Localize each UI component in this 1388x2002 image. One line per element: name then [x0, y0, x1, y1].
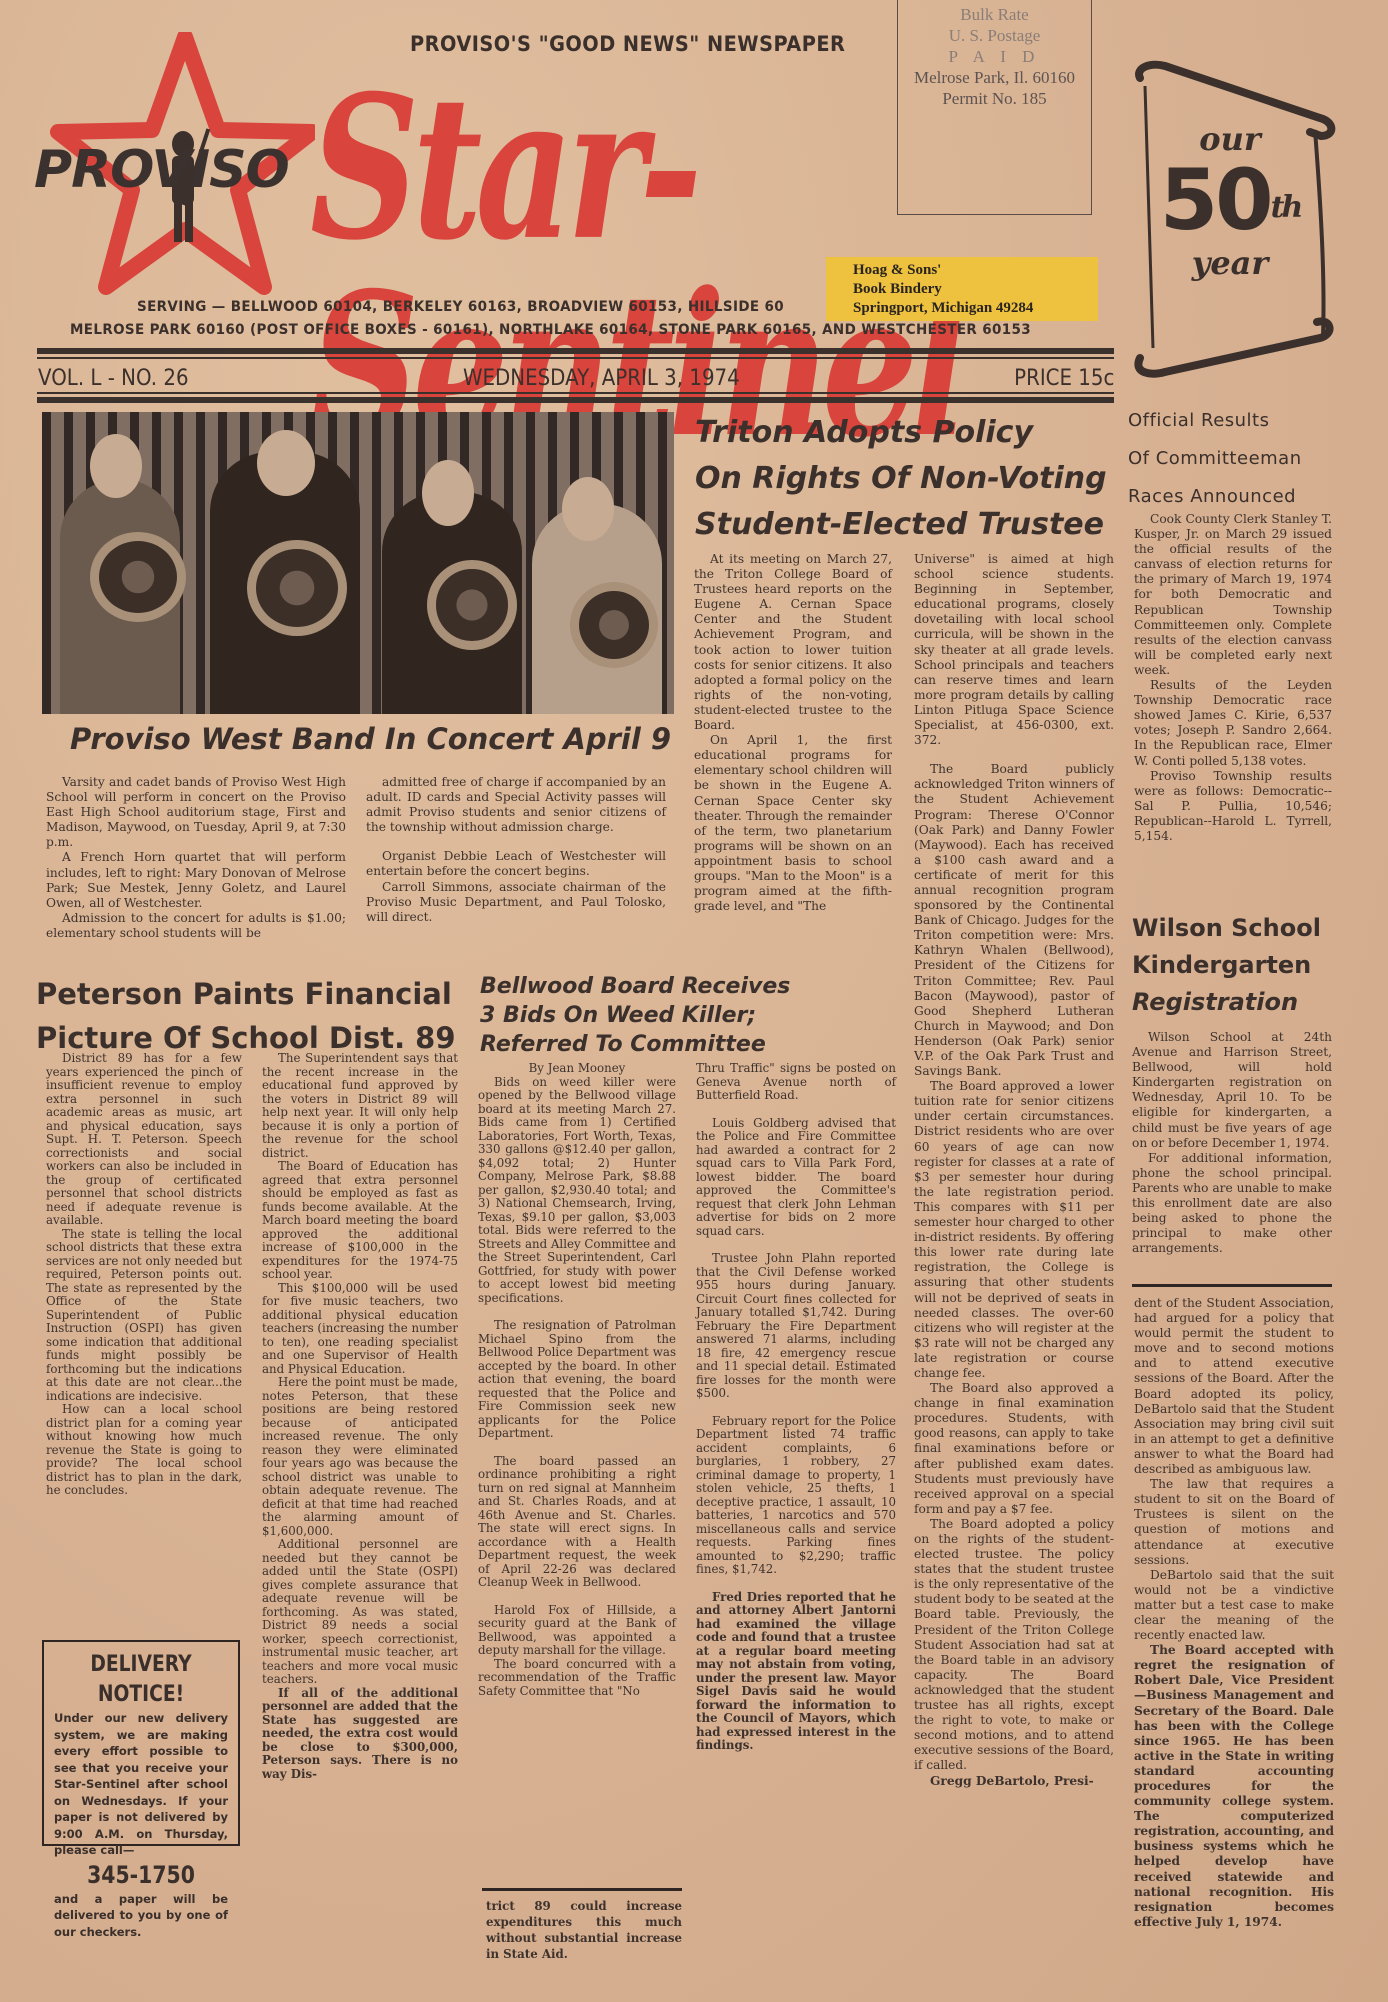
newspaper-title: Star-Sentinel — [310, 70, 1237, 464]
committeeman-article: Cook County Clerk Stanley T. Kusper, Jr.… — [1134, 512, 1332, 844]
section-divider — [482, 1888, 682, 1891]
masthead-rule — [37, 357, 1114, 359]
paragraph: February report for the Police Departmen… — [696, 1415, 896, 1577]
postage-line: Permit No. 185 — [898, 88, 1091, 109]
paragraph: At its meeting on March 27, the Triton C… — [694, 552, 892, 733]
paragraph: This $100,000 will be used for five musi… — [262, 1282, 458, 1377]
paragraph: The law that requires a student to sit o… — [1134, 1477, 1334, 1568]
bellwood-article-col2: Thru Traffic" signs be posted on Geneva … — [696, 1062, 896, 1753]
paragraph: The Board approved a lower tuition rate … — [914, 1079, 1114, 1381]
byline: By Jean Mooney — [478, 1062, 676, 1076]
paragraph: Universe" is aimed at high school scienc… — [914, 552, 1114, 748]
paragraph: For additional information, phone the sc… — [1132, 1151, 1332, 1257]
headline-wilson: Wilson School Kindergarten Registration — [1132, 910, 1321, 1021]
paragraph: Louis Goldberg advised that the Police a… — [696, 1117, 896, 1239]
postage-line: Bulk Rate — [898, 4, 1091, 25]
notice-heading: NOTICE! — [67, 1680, 215, 1710]
headline-line: Registration — [1132, 984, 1321, 1021]
paragraph: Thru Traffic" signs be posted on Geneva … — [696, 1062, 896, 1103]
volume-number: VOL. L - NO. 26 — [38, 366, 189, 391]
serving-line-1: SERVING — BELLWOOD 60104, BERKELEY 60163… — [137, 299, 784, 315]
paragraph: The resignation of Patrolman Michael Spi… — [478, 1319, 676, 1441]
paragraph: Wilson School at 24th Avenue and Harriso… — [1132, 1030, 1332, 1151]
paragraph: trict 89 could increase expenditures thi… — [486, 1898, 682, 1962]
triton-article-col1: At its meeting on March 27, the Triton C… — [694, 552, 892, 914]
headline-line: Wilson School — [1132, 910, 1321, 947]
paragraph: Organist Debbie Leach of Westchester wil… — [366, 849, 666, 879]
paragraph: How can a local school district plan for… — [46, 1403, 242, 1498]
postage-line: P A I D — [898, 46, 1091, 67]
issue-date: WEDNESDAY, APRIL 3, 1974 — [463, 366, 740, 391]
paragraph: Results of the Leyden Township Democrati… — [1134, 678, 1332, 769]
paragraph: The Board accepted with regret the resig… — [1134, 1643, 1334, 1930]
paragraph: dent of the Student Association, had arg… — [1134, 1296, 1334, 1477]
wilson-article: Wilson School at 24th Avenue and Harriso… — [1132, 1030, 1332, 1256]
paragraph: Harold Fox of Hillside, a security guard… — [478, 1604, 676, 1658]
band-article-col1: Varsity and cadet bands of Proviso West … — [46, 775, 346, 941]
issue-info-row: VOL. L - NO. 26 WEDNESDAY, APRIL 3, 1974… — [38, 366, 1114, 391]
paragraph: Trustee John Plahn reported that the Civ… — [696, 1252, 896, 1401]
bindery-label-line: Hoag & Sons' — [853, 261, 1098, 280]
postage-line: U. S. Postage — [898, 25, 1091, 46]
section-divider — [1132, 1284, 1332, 1287]
peterson-continuation: trict 89 could increase expenditures thi… — [486, 1898, 682, 1962]
headline-line: On Rights Of Non-Voting — [695, 456, 1107, 502]
paragraph: DeBartolo said that the suit would not b… — [1134, 1568, 1334, 1643]
proviso-logo-text: PROVISO — [34, 140, 289, 200]
masthead-rule — [37, 397, 1114, 403]
paragraph: On April 1, the first educational progra… — [694, 733, 892, 914]
paragraph: The Board adopted a policy on the rights… — [914, 1517, 1114, 1774]
paragraph: Fred Dries reported that he and attorney… — [696, 1591, 896, 1753]
headline-line: Official Results — [1128, 402, 1302, 440]
paragraph: The Board publicly acknowledged Triton w… — [914, 762, 1114, 1079]
notice-heading: DELIVERY — [67, 1650, 215, 1680]
paragraph: The board passed an ordinance prohibitin… — [478, 1455, 676, 1590]
anniversary-text: our 50th year — [1140, 120, 1320, 282]
headline-bellwood: Bellwood Board Receives 3 Bids On Weed K… — [480, 972, 790, 1059]
triton-article-col3: dent of the Student Association, had arg… — [1134, 1296, 1334, 1930]
headline-triton: Triton Adopts Policy On Rights Of Non-Vo… — [695, 410, 1107, 548]
headline-line: Bellwood Board Receives — [480, 972, 790, 1001]
paragraph: Bids on weed killer were opened by the B… — [478, 1076, 676, 1306]
paragraph: If all of the additional personnel are a… — [262, 1687, 458, 1782]
postage-line: Melrose Park, Il. 60160 — [898, 67, 1091, 88]
bellwood-article-col1: By Jean Mooney Bids on weed killer were … — [478, 1062, 676, 1698]
anniversary-number-value: 50 — [1160, 151, 1271, 249]
headline-line: Of Committeeman — [1128, 440, 1302, 478]
headline-line: Student-Elected Trustee — [695, 502, 1107, 548]
notice-phone-number: 345-1750 — [67, 1859, 215, 1891]
french-horn-quartet-photo — [42, 412, 674, 714]
headline-line: 3 Bids On Weed Killer; — [480, 1001, 790, 1030]
headline-line: Triton Adopts Policy — [695, 410, 1107, 456]
paragraph: Additional personnel are needed but they… — [262, 1538, 458, 1687]
headline-committeeman: Official Results Of Committeeman Races A… — [1128, 402, 1302, 516]
paragraph: The state is telling the local school di… — [46, 1228, 242, 1404]
anniversary-suffix: th — [1271, 190, 1301, 225]
paragraph: Here the point must be made, notes Peter… — [262, 1376, 458, 1538]
masthead-rule — [37, 392, 1114, 394]
peterson-article-col2: The Superintendent says that the recent … — [262, 1052, 458, 1781]
headline-line: Peterson Paints Financial — [36, 972, 456, 1016]
anniversary-number: 50th — [1140, 158, 1320, 242]
paragraph: A French Horn quartet that will perform … — [46, 850, 346, 910]
notice-body: Under our new delivery system, we are ma… — [54, 1710, 228, 1859]
paragraph: Varsity and cadet bands of Proviso West … — [46, 775, 346, 850]
delivery-notice-box: DELIVERY NOTICE! Under our new delivery … — [42, 1640, 240, 1846]
bindery-label: Hoag & Sons' Book Bindery Springport, Mi… — [826, 257, 1098, 321]
paragraph: The Board also approved a change in fina… — [914, 1381, 1114, 1517]
bindery-label-line: Book Bindery — [853, 280, 1098, 299]
postage-stamp: Bulk Rate U. S. Postage P A I D Melrose … — [897, 0, 1092, 215]
paragraph: The Superintendent says that the recent … — [262, 1052, 458, 1160]
headline-peterson: Peterson Paints Financial Picture Of Sch… — [36, 972, 456, 1060]
paragraph: admitted free of charge if accompanied b… — [366, 775, 666, 835]
bindery-label-line: Springport, Michigan 49284 — [853, 299, 1098, 318]
triton-article-col2: Universe" is aimed at high school scienc… — [914, 552, 1114, 1789]
paragraph: District 89 has for a few years experien… — [46, 1052, 242, 1228]
headline-line: Races Announced — [1128, 478, 1302, 516]
paragraph: The Board of Education has agreed that e… — [262, 1160, 458, 1282]
headline-line: Referred To Committee — [480, 1030, 790, 1059]
anniversary-year: year — [1140, 244, 1320, 282]
paragraph: Carroll Simmons, associate chairman of t… — [366, 880, 666, 925]
paragraph: Cook County Clerk Stanley T. Kusper, Jr.… — [1134, 512, 1332, 678]
notice-footer: and a paper will be delivered to you by … — [54, 1891, 228, 1941]
paragraph: Admission to the concert for adults is $… — [46, 911, 346, 941]
paragraph: The board concurred with a recommendatio… — [478, 1658, 676, 1699]
price: PRICE 15c — [1014, 366, 1114, 391]
paragraph: Proviso Township results were as follows… — [1134, 769, 1332, 844]
headline-line: Kindergarten — [1132, 947, 1321, 984]
serving-line-2: MELROSE PARK 60160 (POST OFFICE BOXES - … — [70, 322, 1031, 338]
headline-band-concert: Proviso West Band In Concert April 9 — [70, 722, 671, 756]
paragraph: Gregg DeBartolo, Presi- — [914, 1774, 1114, 1789]
band-article-col2: admitted free of charge if accompanied b… — [366, 775, 666, 925]
peterson-article-col1: District 89 has for a few years experien… — [46, 1052, 242, 1498]
masthead-rule — [37, 348, 1114, 354]
